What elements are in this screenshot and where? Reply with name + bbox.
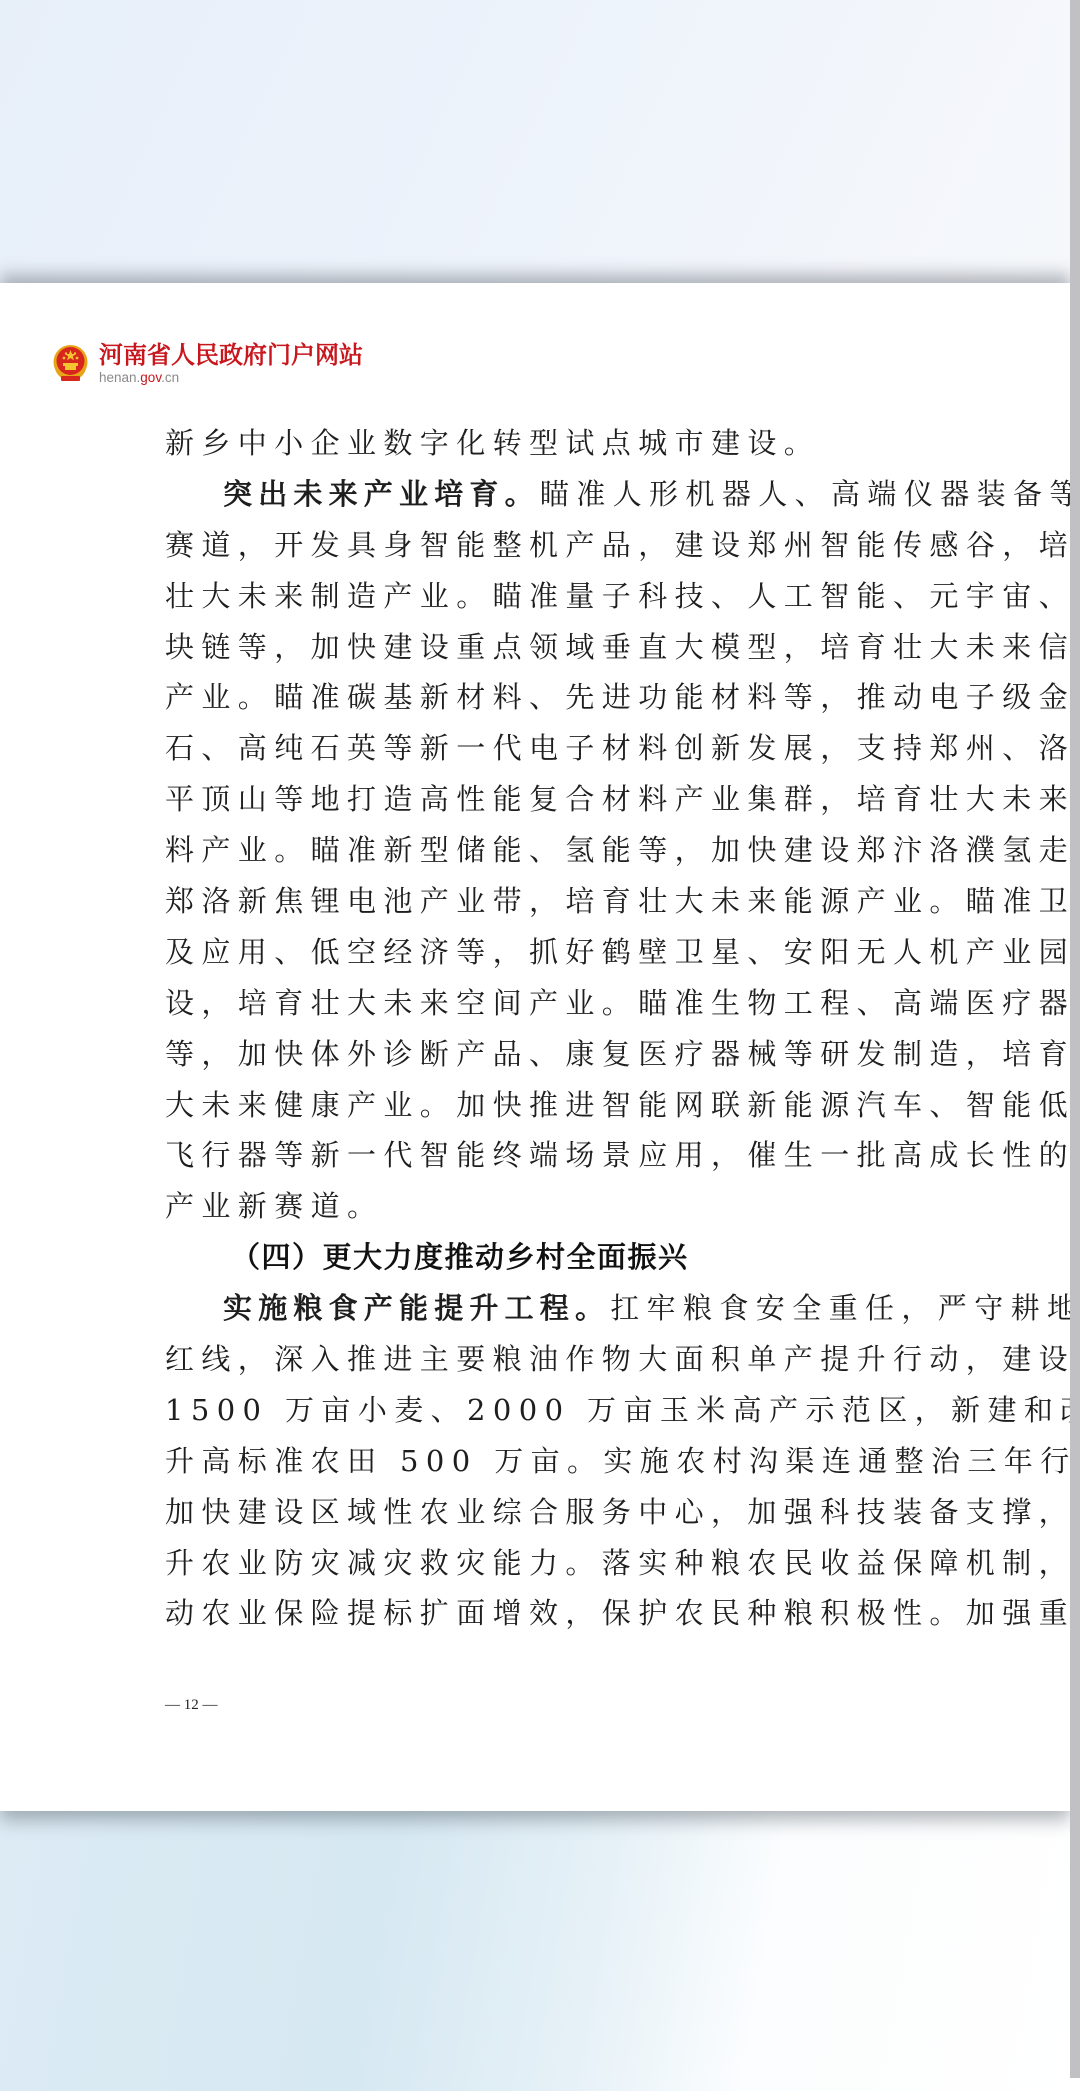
text-line: 红线，深入推进主要粮油作物大面积单产提升行动，建设 [165,1334,925,1385]
national-emblem-icon [50,343,91,384]
line-text: 1500 万亩小麦、2000 万亩玉米高产示范区，新建和改造提 [165,1393,1080,1427]
line-text: 产业新赛道。 [165,1189,383,1223]
site-title: 河南省人民政府门户网站 [99,341,363,369]
line-text: 块链等，加快建设重点领域垂直大模型，培育壮大未来信息 [165,630,1080,664]
text-line: 大未来健康产业。加快推进智能网联新能源汽车、智能低空 [165,1080,925,1131]
line-text: 大未来健康产业。加快推进智能网联新能源汽车、智能低空 [165,1088,1080,1122]
line-text: 新乡中小企业数字化转型试点城市建设。 [165,426,820,460]
line-text: 壮大未来制造产业。瞄准量子科技、人工智能、元宇宙、区 [165,579,1080,613]
line-text: 料产业。瞄准新型储能、氢能等，加快建设郑汴洛濮氢走廊、 [165,833,1080,867]
line-text: 扛牢粮食安全重任，严守耕地 [610,1291,1080,1325]
line-text: 动农业保险提标扩面增效，保护农民种粮积极性。加强重要 [165,1596,1080,1630]
text-line: 设，培育壮大未来空间产业。瞄准生物工程、高端医疗器械 [165,978,925,1029]
text-line: 块链等，加快建设重点领域垂直大模型，培育壮大未来信息 [165,622,925,673]
line-text: 升高标准农田 500 万亩。实施农村沟渠连通整治三年行动， [165,1444,1080,1478]
line-text: 飞行器等新一代智能终端场景应用，催生一批高成长性的新 [165,1138,1080,1172]
line-text: 平顶山等地打造高性能复合材料产业集群，培育壮大未来材 [165,782,1080,816]
text-line: 及应用、低空经济等，抓好鹤壁卫星、安阳无人机产业园建 [165,927,925,978]
text-line: 升高标准农田 500 万亩。实施农村沟渠连通整治三年行动， [165,1436,925,1487]
line-text: 设，培育壮大未来空间产业。瞄准生物工程、高端医疗器械 [165,986,1080,1020]
line-text: 赛道，开发具身智能整机产品，建设郑州智能传感谷，培育 [165,528,1080,562]
text-line: 新乡中小企业数字化转型试点城市建设。 [165,418,925,469]
text-line: 升农业防灾减灾救灾能力。落实种粮农民收益保障机制，推 [165,1538,925,1589]
site-logo[interactable]: 河南省人民政府门户网站 henan.gov.cn [50,338,363,388]
document-body: 新乡中小企业数字化转型试点城市建设。突出未来产业培育。瞄准人形机器人、高端仪器装… [165,418,925,1639]
text-line: 产业新赛道。 [165,1181,925,1232]
text-line: 1500 万亩小麦、2000 万亩玉米高产示范区，新建和改造提 [165,1385,925,1436]
page-number: — 12 — [165,1697,218,1714]
text-line: 等，加快体外诊断产品、康复医疗器械等研发制造，培育壮 [165,1029,925,1080]
text-line: 石、高纯石英等新一代电子材料创新发展，支持郑州、洛阳、 [165,723,925,774]
site-domain: henan.gov.cn [99,370,363,386]
line-text: 石、高纯石英等新一代电子材料创新发展，支持郑州、洛阳、 [165,731,1080,765]
line-text: 升农业防灾减灾救灾能力。落实种粮农民收益保障机制，推 [165,1546,1080,1580]
paragraph-lead: 突出未来产业培育。 [223,477,540,511]
text-line: 飞行器等新一代智能终端场景应用，催生一批高成长性的新 [165,1130,925,1181]
text-line: 料产业。瞄准新型储能、氢能等，加快建设郑汴洛濮氢走廊、 [165,825,925,876]
line-text: 红线，深入推进主要粮油作物大面积单产提升行动，建设 [165,1342,1075,1376]
line-text: 加快建设区域性农业综合服务中心，加强科技装备支撑，提 [165,1495,1080,1529]
text-line: 平顶山等地打造高性能复合材料产业集群，培育壮大未来材 [165,774,925,825]
section-heading: （四）更大力度推动乡村全面振兴 [165,1232,925,1283]
line-text: 郑洛新焦锂电池产业带，培育壮大未来能源产业。瞄准卫星 [165,884,1080,918]
background-top [0,0,1080,283]
text-line: 突出未来产业培育。瞄准人形机器人、高端仪器装备等 [165,469,925,520]
text-line: 产业。瞄准碳基新材料、先进功能材料等，推动电子级金刚 [165,672,925,723]
text-line: 郑洛新焦锂电池产业带，培育壮大未来能源产业。瞄准卫星 [165,876,925,927]
text-line: 实施粮食产能提升工程。扛牢粮食安全重任，严守耕地 [165,1283,925,1334]
line-text: 等，加快体外诊断产品、康复医疗器械等研发制造，培育壮 [165,1037,1080,1071]
background-bottom [0,1811,1080,2091]
text-line: 赛道，开发具身智能整机产品，建设郑州智能传感谷，培育 [165,520,925,571]
text-line: 加快建设区域性农业综合服务中心，加强科技装备支撑，提 [165,1487,925,1538]
text-line: 壮大未来制造产业。瞄准量子科技、人工智能、元宇宙、区 [165,571,925,622]
text-line: 动农业保险提标扩面增效，保护农民种粮积极性。加强重要 [165,1588,925,1639]
scrollbar[interactable] [1070,0,1080,2078]
line-text: 瞄准人形机器人、高端仪器装备等 [540,477,1080,511]
line-text: 产业。瞄准碳基新材料、先进功能材料等，推动电子级金刚 [165,680,1080,714]
line-text: 及应用、低空经济等，抓好鹤壁卫星、安阳无人机产业园建 [165,935,1080,969]
paragraph-lead: 实施粮食产能提升工程。 [223,1291,610,1325]
